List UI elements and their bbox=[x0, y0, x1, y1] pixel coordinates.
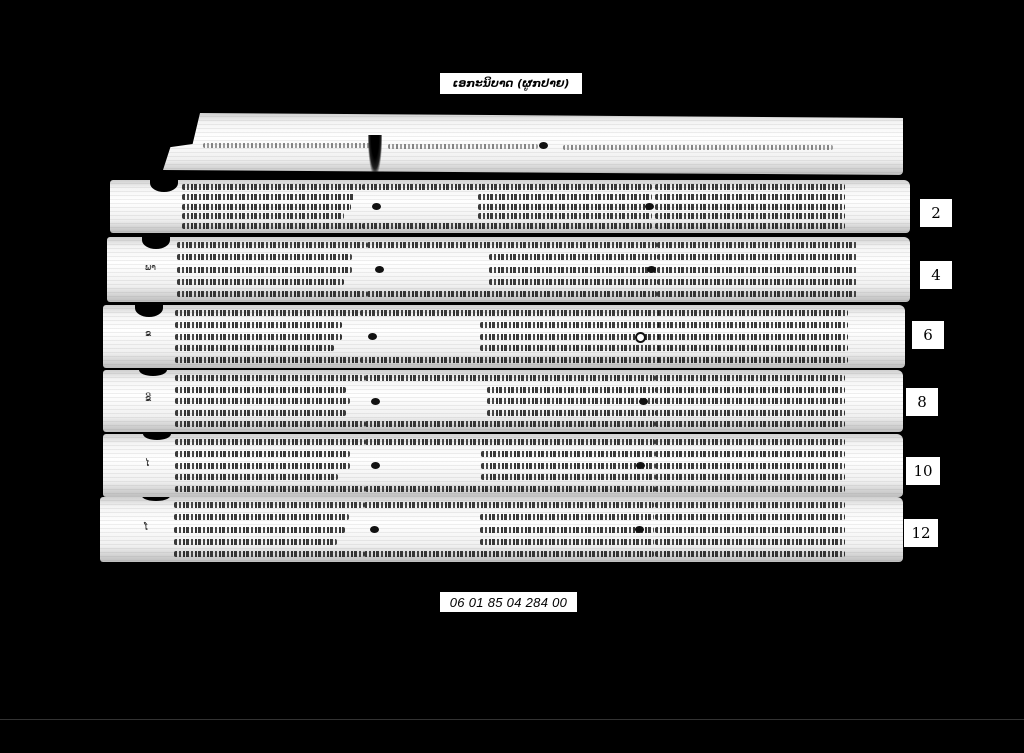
string-hole bbox=[539, 142, 548, 149]
leaf-text-center bbox=[365, 439, 655, 492]
leaf-edge-notch bbox=[135, 305, 163, 317]
string-hole bbox=[375, 266, 384, 273]
palm-leaf-page-6: ຂ bbox=[103, 305, 905, 368]
string-hole bbox=[635, 526, 644, 533]
catalog-number-text: 06 01 85 04 284 00 bbox=[450, 595, 567, 610]
string-hole bbox=[370, 526, 379, 533]
palm-leaf-page-12: ໂ bbox=[100, 497, 903, 562]
leaf-text-left bbox=[175, 375, 365, 427]
leaf-edge-notch bbox=[142, 237, 170, 249]
cover-leaf bbox=[163, 113, 903, 175]
page-number-label-10: 10 bbox=[906, 457, 940, 485]
string-hole bbox=[371, 462, 380, 469]
leaf-text-left bbox=[175, 310, 360, 363]
leaf-text-center bbox=[365, 375, 655, 427]
string-hole bbox=[636, 462, 645, 469]
leaf-text-left bbox=[182, 184, 362, 229]
leaf-text-center bbox=[360, 310, 660, 363]
leaf-text-left bbox=[175, 439, 365, 492]
leaf-text-center bbox=[362, 184, 652, 229]
string-hole bbox=[639, 398, 648, 405]
palm-leaf-page-4: ພາ bbox=[107, 237, 910, 302]
leaf-text-right bbox=[657, 242, 857, 297]
page-number-label-6: 6 bbox=[912, 321, 944, 349]
palm-leaf-page-8: ຂີ bbox=[103, 370, 903, 432]
page-number-label-2: 2 bbox=[920, 199, 952, 227]
cover-inscription-middle bbox=[388, 144, 538, 149]
manuscript-title-text: ເອກະນິບາດ (ຜູກປາຍ) bbox=[453, 77, 570, 90]
string-hole bbox=[645, 203, 654, 210]
palm-leaf-page-10: ໄ bbox=[103, 434, 903, 497]
cover-ink-stain bbox=[368, 135, 382, 175]
leaf-margin-mark: ຂີ bbox=[145, 394, 151, 404]
manuscript-title-label: ເອກະນິບາດ (ຜູກປາຍ) bbox=[440, 73, 582, 94]
leaf-text-right bbox=[655, 502, 845, 557]
cover-inscription-left bbox=[203, 143, 373, 148]
page-number-label-12: 12 bbox=[904, 519, 938, 547]
leaf-text-right bbox=[655, 184, 845, 229]
leaf-margin-mark: ພາ bbox=[145, 263, 156, 273]
film-edge-line bbox=[0, 719, 1024, 720]
cover-inscription-right bbox=[563, 145, 833, 150]
catalog-number-label: 06 01 85 04 284 00 bbox=[440, 592, 577, 612]
leaf-margin-mark: ໄ bbox=[145, 459, 149, 469]
leaf-text-left bbox=[177, 242, 367, 297]
leaf-text-right bbox=[658, 310, 848, 363]
leaf-edge-notch bbox=[142, 497, 170, 501]
leaf-text-right bbox=[655, 439, 845, 492]
leaf-text-center bbox=[364, 502, 654, 557]
leaf-margin-mark: ໂ bbox=[144, 523, 148, 533]
leaf-edge-notch bbox=[143, 434, 171, 440]
string-hole bbox=[647, 266, 656, 273]
palm-leaf-page-2 bbox=[110, 180, 910, 233]
string-hole bbox=[368, 333, 377, 340]
leaf-text-right bbox=[655, 375, 845, 427]
string-hole bbox=[635, 332, 646, 343]
page-number-label-4: 4 bbox=[920, 261, 952, 289]
string-hole bbox=[371, 398, 380, 405]
leaf-margin-mark: ຂ bbox=[145, 329, 151, 339]
string-hole bbox=[372, 203, 381, 210]
leaf-text-center bbox=[367, 242, 657, 297]
page-number-label-8: 8 bbox=[906, 388, 938, 416]
leaf-text-left bbox=[174, 502, 364, 557]
leaf-edge-notch bbox=[150, 180, 178, 192]
leaf-edge-notch bbox=[139, 370, 167, 376]
